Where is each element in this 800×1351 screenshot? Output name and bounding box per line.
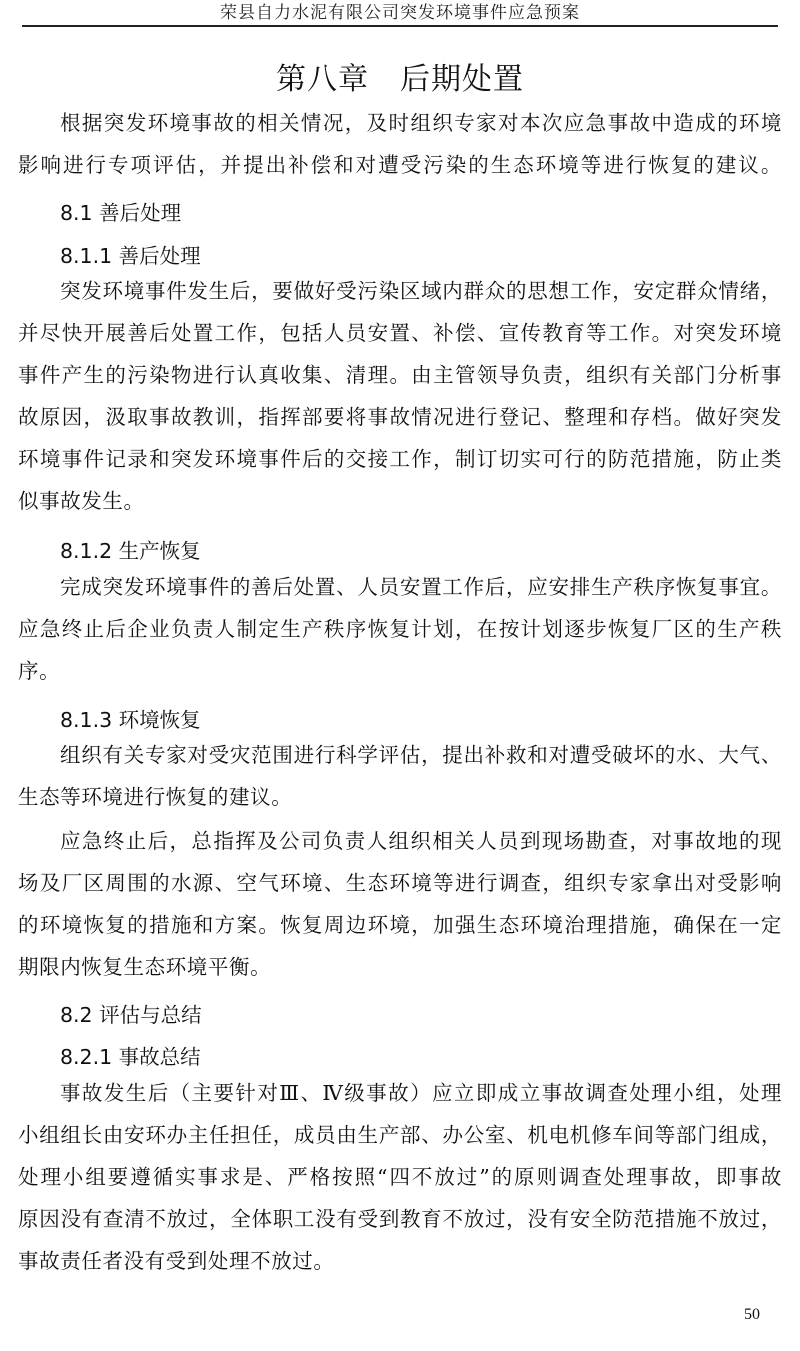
intro-line: 影响进行专项评估，并提出补偿和对遭受污染的生态环境等进行恢复的建议。	[18, 150, 782, 180]
paragraph-line: 组织有关专家对受灾范围进行科学评估，提出补救和对遭受破坏的水、大气、	[60, 740, 782, 770]
paragraph-line: 处理小组要遵循实事求是、严格按照“四不放过”的原则调查处理事故，即事故	[18, 1162, 782, 1192]
section-heading-8-2: 8.2 评估与总结	[60, 1000, 202, 1030]
section-heading-8-1-1: 8.1.1 善后处理	[60, 241, 201, 271]
paragraph-line: 生态等环境进行恢复的建议。	[18, 782, 782, 812]
paragraph-line: 的环境恢复的措施和方案。恢复周边环境，加强生态环境治理措施，确保在一定	[18, 910, 782, 940]
paragraph-line: 序。	[18, 656, 782, 686]
section-heading-8-1-3: 8.1.3 环境恢复	[60, 705, 201, 735]
paragraph-line: 应急终止后企业负责人制定生产秩序恢复计划，在按计划逐步恢复厂区的生产秩	[18, 614, 782, 644]
section-heading-8-2-1: 8.2.1 事故总结	[60, 1042, 201, 1072]
paragraph-line: 原因没有查清不放过，全体职工没有受到教育不放过，没有安全防范措施不放过，	[18, 1204, 782, 1234]
paragraph-line: 场及厂区周围的水源、空气环境、生态环境等进行调查，组织专家拿出对受影响	[18, 868, 782, 898]
intro-line: 根据突发环境事故的相关情况，及时组织专家对本次应急事故中造成的环境	[60, 108, 782, 138]
paragraph-line: 事件产生的污染物进行认真收集、清理。由主管领导负责，组织有关部门分析事	[18, 360, 782, 390]
running-header: 荣县自力水泥有限公司突发环境事件应急预案	[12, 0, 788, 26]
paragraph-line: 小组组长由安环办主任担任，成员由生产部、办公室、机电机修车间等部门组成，	[18, 1120, 782, 1150]
paragraph-line: 突发环境事件发生后，要做好受污染区域内群众的思想工作，安定群众情绪，	[60, 276, 782, 306]
section-heading-8-1-2: 8.1.2 生产恢复	[60, 536, 201, 566]
paragraph-line: 似事故发生。	[18, 486, 782, 516]
page-number: 50	[744, 1305, 760, 1325]
paragraph-line: 并尽快开展善后处置工作，包括人员安置、补偿、宣传教育等工作。对突发环境	[18, 318, 782, 348]
paragraph-line: 完成突发环境事件的善后处置、人员安置工作后，应安排生产秩序恢复事宜。	[60, 572, 782, 602]
paragraph-line: 故原因，汲取事故教训，指挥部要将事故情况进行登记、整理和存档。做好突发	[18, 402, 782, 432]
paragraph-line: 事故发生后（主要针对Ⅲ、Ⅳ级事故）应立即成立事故调查处理小组，处理	[60, 1078, 782, 1108]
paragraph-line: 事故责任者没有受到处理不放过。	[18, 1246, 782, 1276]
paragraph-line: 应急终止后，总指挥及公司负责人组织相关人员到现场勘查，对事故地的现	[60, 826, 782, 856]
paragraph-line: 期限内恢复生态环境平衡。	[18, 952, 782, 982]
header-rule	[22, 25, 778, 27]
chapter-title: 第八章 后期处置	[0, 60, 800, 100]
paragraph-line: 环境事件记录和突发环境事件后的交接工作，制订切实可行的防范措施，防止类	[18, 444, 782, 474]
section-heading-8-1: 8.1 善后处理	[60, 198, 181, 228]
